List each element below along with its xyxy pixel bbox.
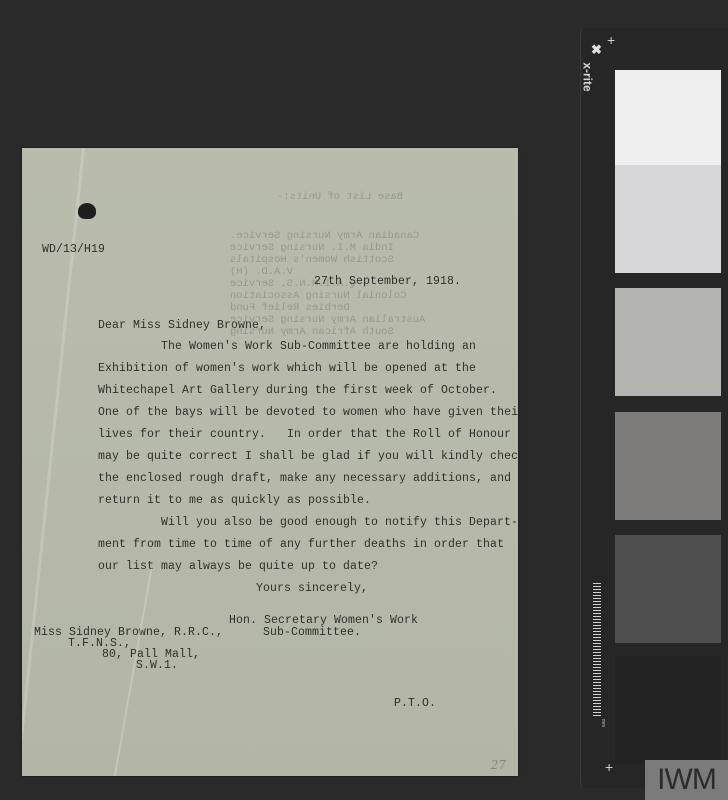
- please-turn-over: P.T.O.: [394, 698, 436, 710]
- xrite-mark-icon: ✖: [591, 42, 602, 58]
- show-through-text: Scottish Women's Hospitals: [230, 254, 394, 266]
- gray-swatch-4: [615, 412, 721, 520]
- show-through-text: Colonial Nursing Association: [230, 290, 406, 302]
- gray-swatch-1: [615, 70, 721, 178]
- signature-title: Hon. Secretary Women's Work: [229, 615, 418, 627]
- body-line: return it to me as quickly as possible.: [98, 495, 371, 507]
- brand-name: x-rite: [581, 62, 595, 91]
- mm-ruler: [593, 583, 601, 718]
- body-line: Will you also be good enough to notify t…: [161, 517, 518, 529]
- body-line: Exhibition of women's work which will be…: [98, 363, 476, 375]
- gray-swatch-6: [615, 656, 721, 764]
- body-line: may be quite correct I shall be glad if …: [98, 451, 518, 463]
- iwm-watermark: IWM: [645, 760, 728, 800]
- body-line: ment from time to time of any further de…: [98, 539, 504, 551]
- body-line: The Women's Work Sub-Committee are holdi…: [161, 341, 476, 353]
- body-line: the enclosed rough draft, make any neces…: [98, 473, 511, 485]
- body-line: our list may always be quite up to date?: [98, 561, 378, 573]
- body-line: One of the bays will be devoted to women…: [98, 407, 518, 419]
- xrite-logo: ✖ x-rite: [587, 40, 609, 120]
- punch-hole: [78, 203, 96, 219]
- show-through-text: Derbies Relief Fund: [230, 302, 350, 314]
- show-through-text: Base List of Units:-: [277, 191, 403, 203]
- show-through-text: India M.I. Nursing Service: [230, 242, 394, 254]
- color-checker-card: ✖ x-rite + mm +: [580, 28, 728, 788]
- signature-title: Sub-Committee.: [263, 627, 361, 639]
- body-line: lives for their country. In order that t…: [98, 429, 511, 441]
- closing: Yours sincerely,: [256, 583, 368, 595]
- letter-page: Base List of Units:- Canadian Army Nursi…: [22, 148, 518, 776]
- show-through-text: V.A.D. (H): [230, 266, 293, 278]
- gray-swatch-5: [615, 535, 721, 643]
- crosshair-icon: +: [605, 760, 613, 774]
- letter-date: 27th September, 1918.: [314, 276, 461, 288]
- crosshair-icon: +: [607, 33, 615, 47]
- show-through-text: Canadian Army Nursing Service.: [230, 230, 419, 242]
- gray-swatch-3: [615, 288, 721, 396]
- gray-swatch-2: [615, 165, 721, 273]
- salutation: Dear Miss Sidney Browne,: [98, 320, 266, 332]
- page-number: 27: [491, 758, 506, 772]
- addressee-line: S.W.1.: [136, 660, 178, 672]
- ruler-unit: mm: [600, 719, 606, 727]
- body-line: Whitechapel Art Gallery during the first…: [98, 385, 497, 397]
- reference-number: WD/13/H19: [42, 244, 105, 256]
